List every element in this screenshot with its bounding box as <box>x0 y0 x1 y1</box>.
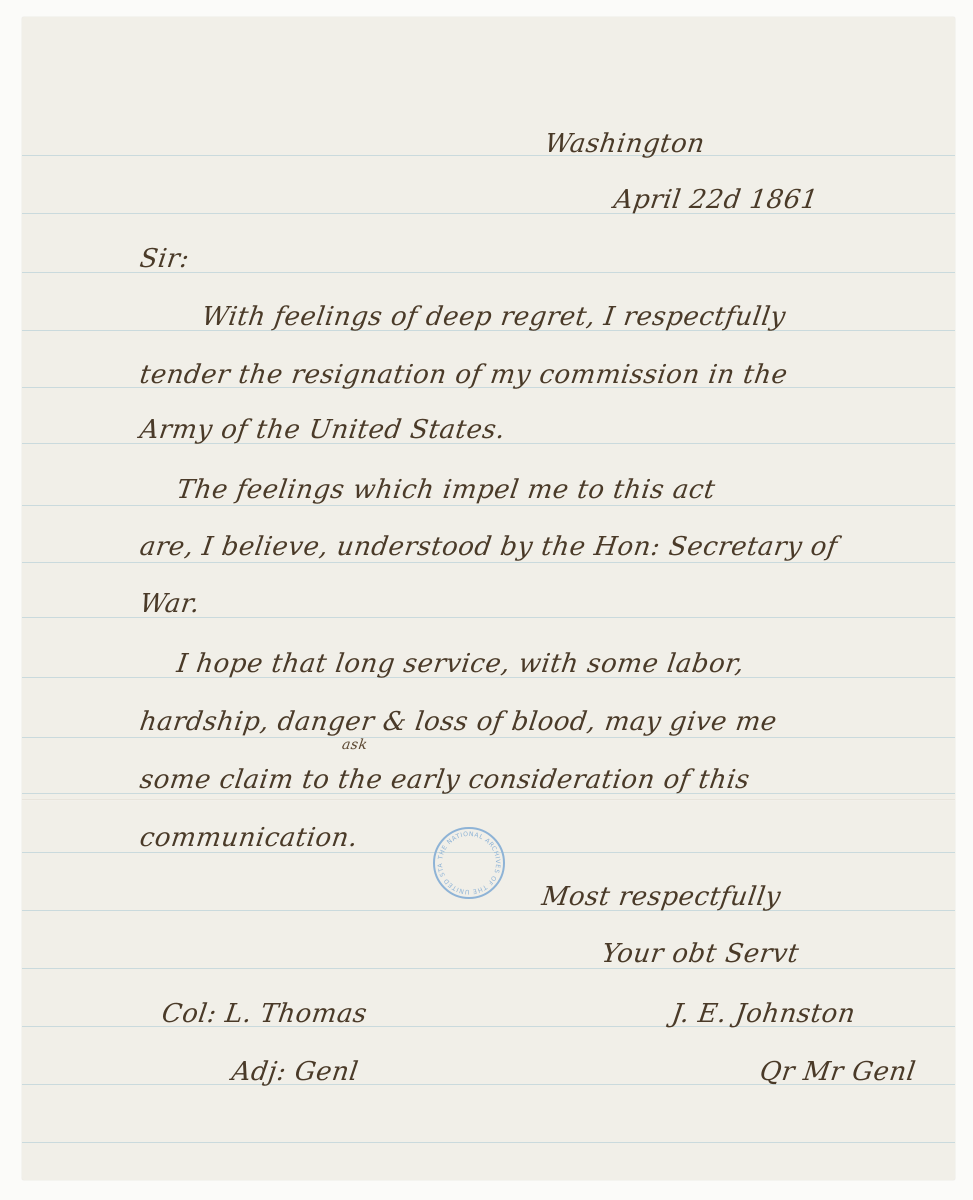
addressee-title: Adj: Genl <box>230 1057 360 1087</box>
body-line: communication. <box>138 823 360 853</box>
body-line: are, I believe, understood by the Hon: S… <box>138 532 839 562</box>
body-line: Army of the United States. <box>138 415 507 445</box>
svg-text:THE NATIONAL ARCHIVES OF THE U: THE NATIONAL ARCHIVES OF THE UNITED STAT… <box>429 823 501 895</box>
body-line: hardship, danger & loss of blood, may gi… <box>138 707 779 737</box>
letter-page: Washington April 22d 1861 Sir: With feel… <box>22 17 955 1180</box>
closing-line-2: Your obt Servt <box>600 939 801 969</box>
signature-name: J. E. Johnston <box>670 999 857 1029</box>
signature-title: Qr Mr Genl <box>758 1057 918 1087</box>
closing-line-1: Most respectfully <box>540 882 783 912</box>
body-line: With feelings of deep regret, I respectf… <box>200 302 788 332</box>
body-line: War. <box>138 589 202 619</box>
stamp-text-ring-icon: THE NATIONAL ARCHIVES OF THE UNITED STAT… <box>429 823 509 903</box>
national-archives-stamp: THE NATIONAL ARCHIVES OF THE UNITED STAT… <box>433 827 505 899</box>
body-line: some claim to the early consideration of… <box>138 765 752 795</box>
insertion-mark: ask <box>341 737 369 753</box>
body-line: tender the resignation of my commission … <box>138 360 790 390</box>
body-line: I hope that long service, with some labo… <box>175 649 746 679</box>
paper-fold <box>22 799 955 801</box>
body-line: The feelings which impel me to this act <box>175 475 717 505</box>
letter-place: Washington <box>543 129 707 159</box>
salutation: Sir: <box>138 244 192 274</box>
letter-date: April 22d 1861 <box>612 185 820 215</box>
addressee-name: Col: L. Thomas <box>160 999 369 1029</box>
